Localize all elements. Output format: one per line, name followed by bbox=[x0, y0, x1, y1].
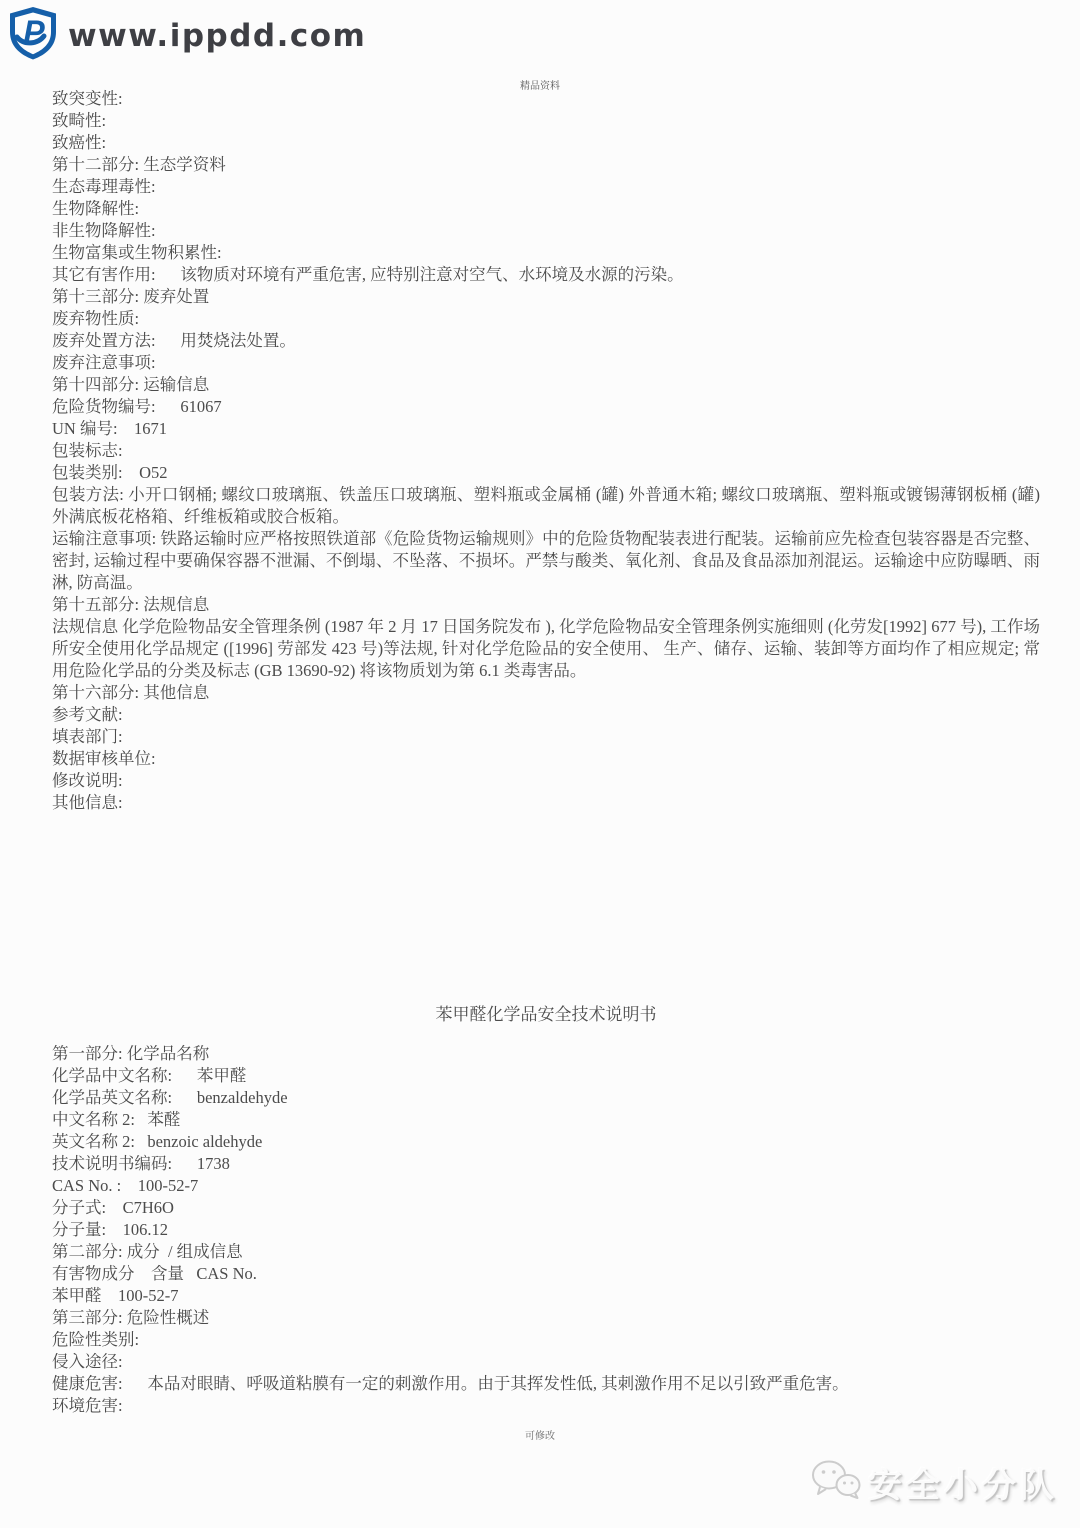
doc-line: 致突变性: bbox=[52, 88, 1040, 110]
doc-line: 生物降解性: bbox=[52, 198, 1040, 220]
wechat-watermark: 安全小分队 bbox=[810, 1458, 1058, 1507]
msds-document-text: 致突变性:致畸性:致癌性:第十二部分: 生态学资料生态毒理毒性:生物降解性:非生… bbox=[52, 88, 1040, 1417]
doc-line: 第十五部分: 法规信息 bbox=[52, 594, 1040, 616]
doc-line: 其它有害作用: 该物质对环境有严重危害, 应特别注意对空气、水环境及水源的污染。 bbox=[52, 264, 1040, 286]
doc-line: 有害物成分 含量 CAS No. bbox=[52, 1263, 1040, 1285]
doc-line: 包装方法: 小开口钢桶; 螺纹口玻璃瓶、铁盖压口玻璃瓶、塑料瓶或金属桶 (罐) … bbox=[52, 484, 1040, 528]
doc-line: 废弃处置方法: 用焚烧法处置。 bbox=[52, 330, 1040, 352]
doc-line: 分子量: 106.12 bbox=[52, 1219, 1040, 1241]
doc-line: 英文名称 2: benzoic aldehyde bbox=[52, 1131, 1040, 1153]
doc-line: UN 编号: 1671 bbox=[52, 418, 1040, 440]
doc-line: 致畸性: bbox=[52, 110, 1040, 132]
msds-benzaldehyde-section: 第一部分: 化学品名称化学品中文名称: 苯甲醛化学品英文名称: benzalde… bbox=[52, 1043, 1040, 1417]
doc-line: 第十六部分: 其他信息 bbox=[52, 682, 1040, 704]
site-url[interactable]: www.ippdd.com bbox=[68, 18, 366, 54]
doc-line: 第十三部分: 废弃处置 bbox=[52, 286, 1040, 308]
doc-line: 侵入途径: bbox=[52, 1351, 1040, 1373]
document-title: 苯甲醛化学品安全技术说明书 bbox=[52, 1003, 1040, 1027]
msds-tail-section: 致突变性:致畸性:致癌性:第十二部分: 生态学资料生态毒理毒性:生物降解性:非生… bbox=[52, 88, 1040, 814]
doc-line: 第十二部分: 生态学资料 bbox=[52, 154, 1040, 176]
doc-line: 包装类别: O52 bbox=[52, 462, 1040, 484]
doc-line: CAS No. : 100-52-7 bbox=[52, 1175, 1040, 1197]
doc-line: 危险货物编号: 61067 bbox=[52, 396, 1040, 418]
doc-line: 法规信息 化学危险物品安全管理条例 (1987 年 2 月 17 日国务院发布 … bbox=[52, 616, 1040, 682]
doc-line: 中文名称 2: 苯醛 bbox=[52, 1109, 1040, 1131]
doc-line: 第三部分: 危险性概述 bbox=[52, 1307, 1040, 1329]
svg-text:P: P bbox=[23, 14, 45, 50]
doc-line: 参考文献: bbox=[52, 704, 1040, 726]
doc-line: 分子式: C7H6O bbox=[52, 1197, 1040, 1219]
doc-line: 修改说明: bbox=[52, 770, 1040, 792]
doc-line: 环境危害: bbox=[52, 1395, 1040, 1417]
doc-line: 化学品英文名称: benzaldehyde bbox=[52, 1087, 1040, 1109]
doc-line: 健康危害: 本品对眼睛、呼吸道粘膜有一定的刺激作用。由于其挥发性低, 其刺激作用… bbox=[52, 1373, 1040, 1395]
doc-line: 生态毒理毒性: bbox=[52, 176, 1040, 198]
doc-line: 包装标志: bbox=[52, 440, 1040, 462]
doc-line: 填表部门: bbox=[52, 726, 1040, 748]
doc-line: 技术说明书编码: 1738 bbox=[52, 1153, 1040, 1175]
doc-line: 化学品中文名称: 苯甲醛 bbox=[52, 1065, 1040, 1087]
doc-line: 危险性类别: bbox=[52, 1329, 1040, 1351]
doc-line: 其他信息: bbox=[52, 792, 1040, 814]
wechat-account-name: 安全小分队 bbox=[868, 1458, 1058, 1507]
doc-line: 废弃注意事项: bbox=[52, 352, 1040, 374]
shield-p-logo-icon: P bbox=[8, 6, 58, 60]
document-page: P www.ippdd.com 精品资料 致突变性:致畸性:致癌性:第十二部分:… bbox=[0, 0, 1080, 1528]
doc-line: 生物富集或生物积累性: bbox=[52, 242, 1040, 264]
doc-line: 废弃物性质: bbox=[52, 308, 1040, 330]
doc-line: 第一部分: 化学品名称 bbox=[52, 1043, 1040, 1065]
watermark-editable-label: 可修改 bbox=[0, 1427, 1080, 1442]
doc-line: 第十四部分: 运输信息 bbox=[52, 374, 1040, 396]
doc-line: 运输注意事项: 铁路运输时应严格按照铁道部《危险货物运输规则》中的危险货物配装表… bbox=[52, 528, 1040, 594]
site-header: P www.ippdd.com bbox=[8, 6, 366, 60]
doc-line: 致癌性: bbox=[52, 132, 1040, 154]
doc-line: 非生物降解性: bbox=[52, 220, 1040, 242]
doc-line: 第二部分: 成分 / 组成信息 bbox=[52, 1241, 1040, 1263]
doc-line: 数据审核单位: bbox=[52, 748, 1040, 770]
wechat-icon bbox=[810, 1458, 862, 1507]
doc-line: 苯甲醛 100-52-7 bbox=[52, 1285, 1040, 1307]
